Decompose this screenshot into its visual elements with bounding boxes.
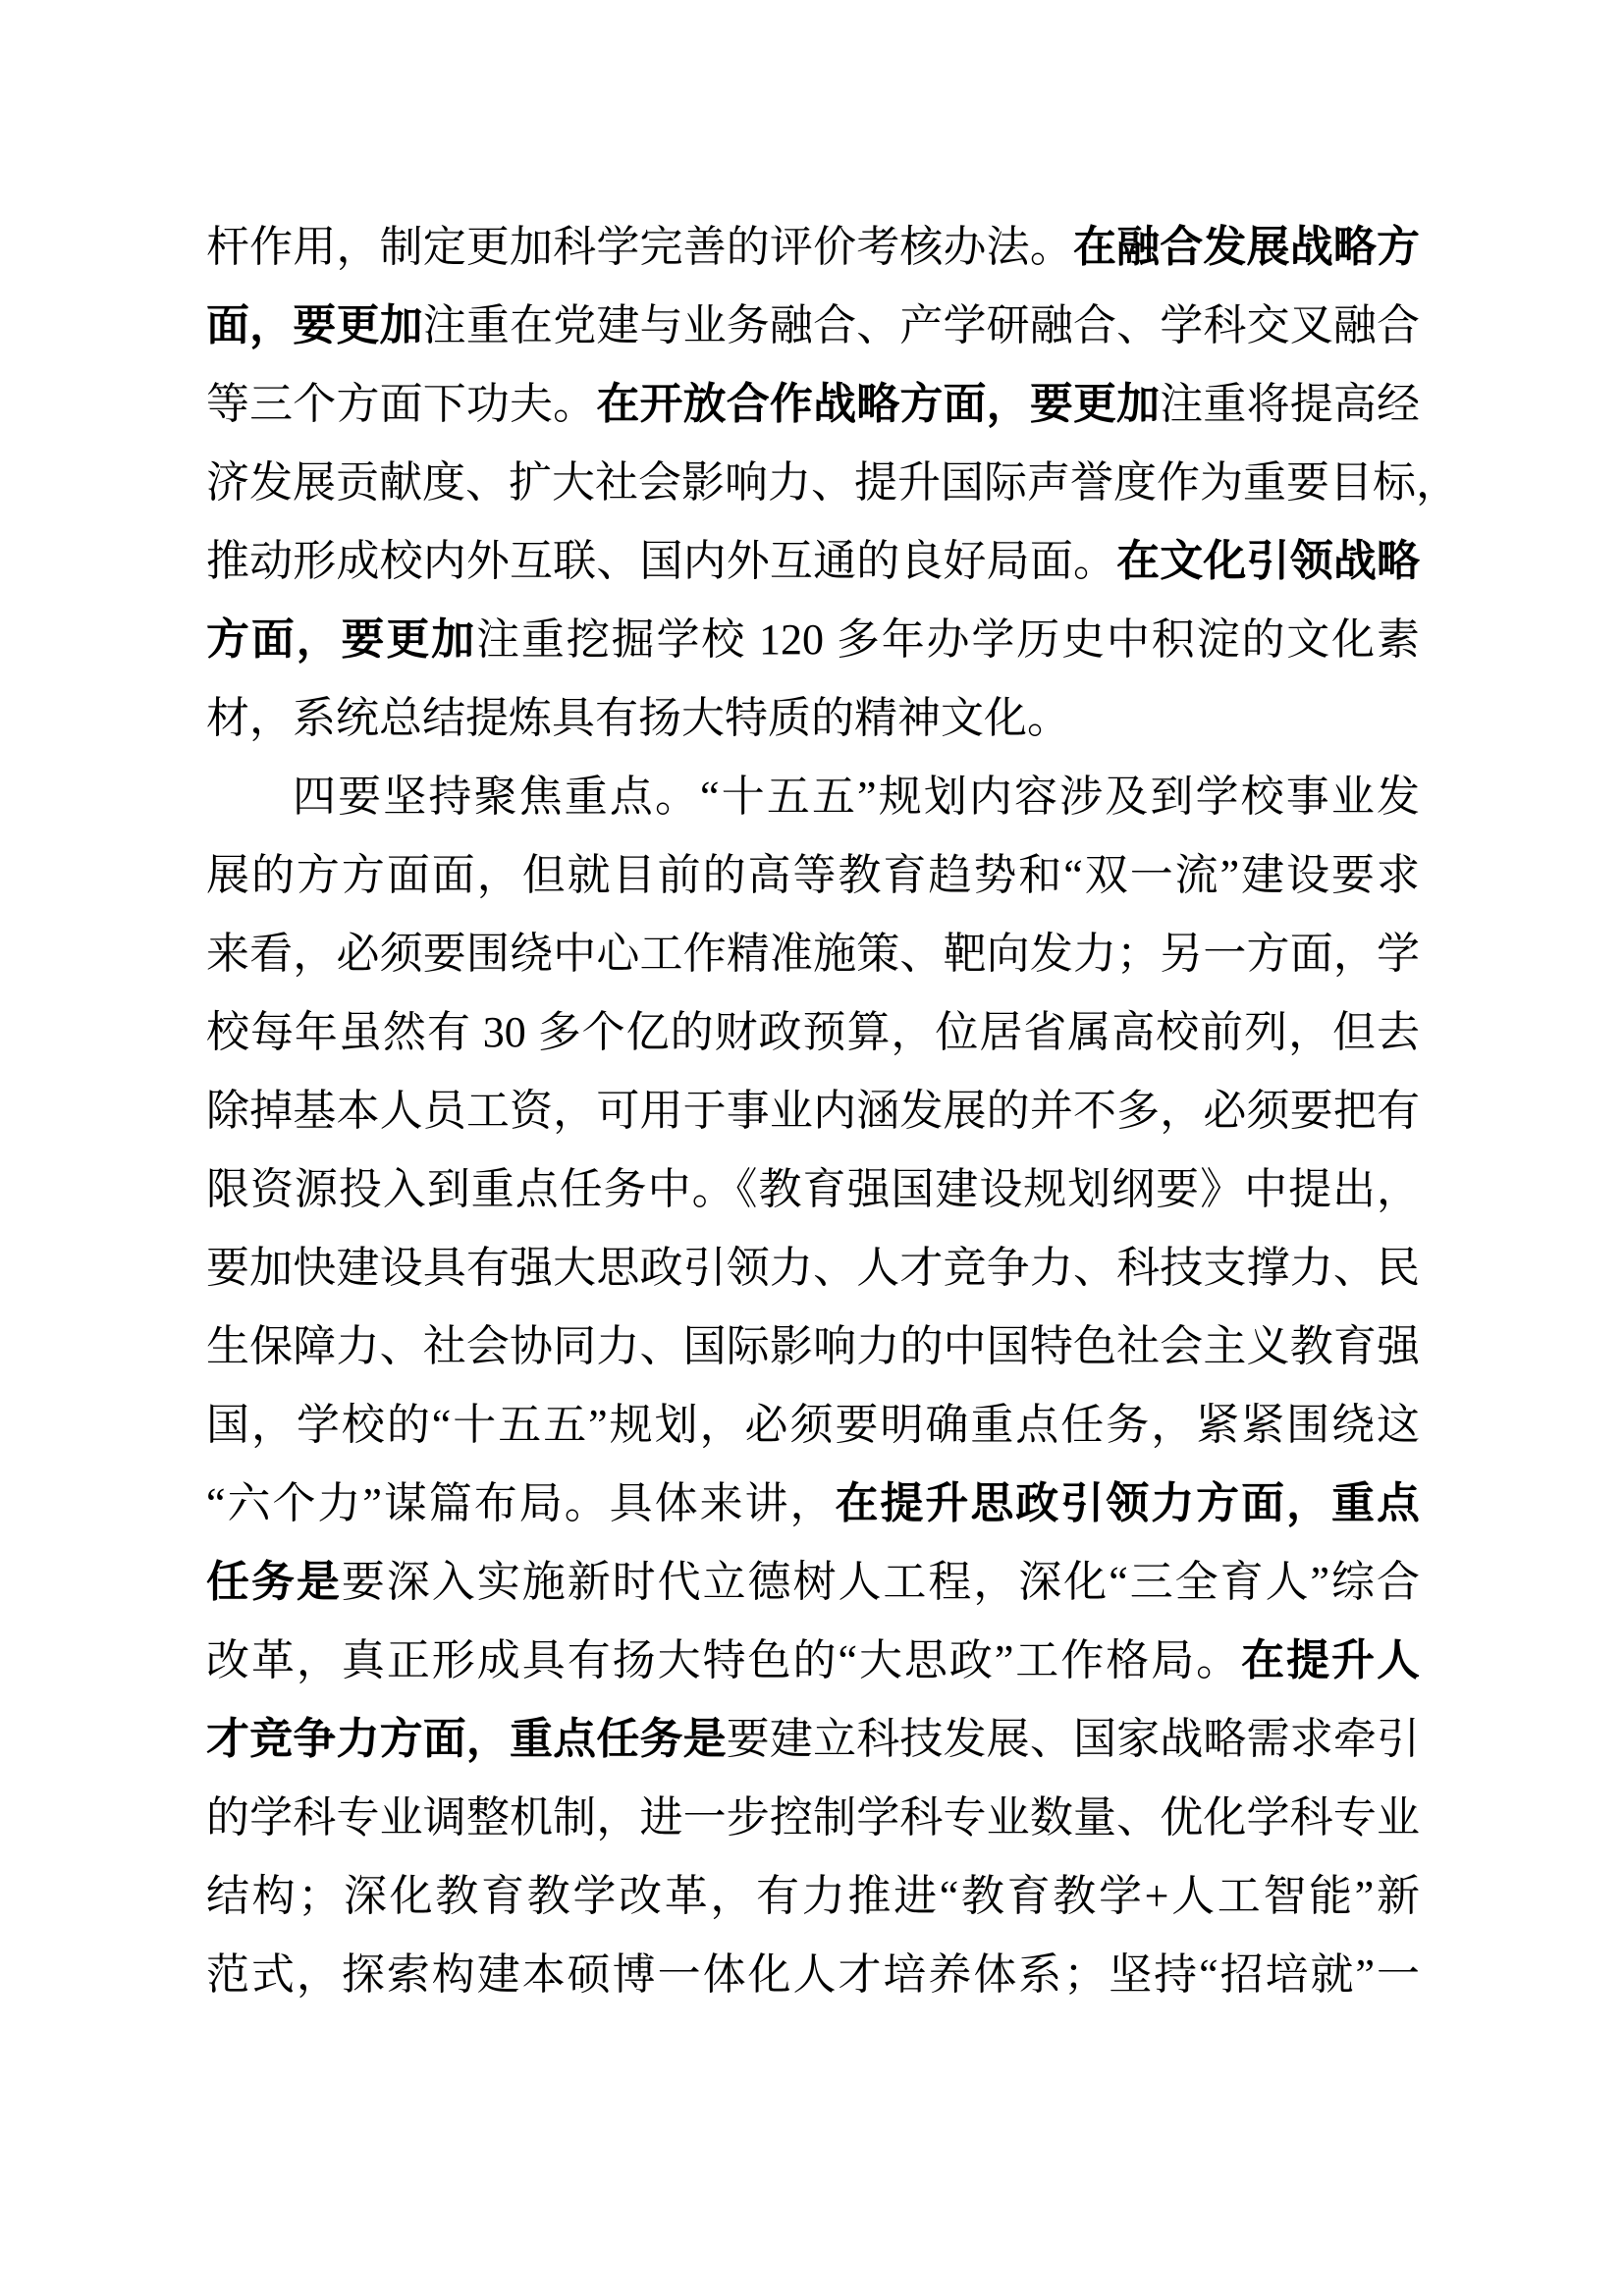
text-segment: 济发展贡献度、扩大社会影响力、提升国际声誉度作为重要目标， [206,458,1459,507]
text-segment: 改革，真正形成具有扬大特色的“大思政”工作格局。 [206,1636,1241,1684]
text-line: 要加快建设具有强大思政引领力、人才竞争力、科技支撑力、民 [206,1229,1420,1308]
bold-text-segment: 在文化引领战略 [1116,537,1420,585]
text-line: 推动形成校内外互联、国内外互通的良好局面。在文化引领战略 [206,522,1420,601]
bold-text-segment: 方面，要更加 [206,615,476,664]
text-line: 四要坚持聚焦重点。“十五五”规划内容涉及到学校事业发 [206,758,1420,836]
text-line: 限资源投入到重点任务中。《教育强国建设规划纲要》中提出， [206,1150,1420,1229]
text-line: 来看，必须要围绕中心工作精准施策、靶向发力；另一方面，学 [206,915,1420,993]
bold-text-segment: 在融合发展战略方 [1073,223,1420,271]
text-line: 校每年虽然有 30 多个亿的财政预算，位居省属高校前列，但去 [206,993,1420,1072]
text-line: 面，要更加注重在党建与业务融合、产学研融合、学科交叉融合 [206,287,1420,365]
bold-text-segment: 在提升思政引领力方面，重点 [835,1479,1420,1527]
text-line: 展的方方面面，但就目前的高等教育趋势和“双一流”建设要求 [206,836,1420,915]
text-segment: 结构；深化教育教学改革，有力推进“教育教学+人工智能”新 [206,1872,1420,1920]
text-segment: 要加快建设具有强大思政引领力、人才竞争力、科技支撑力、民 [206,1244,1420,1292]
document-page: 杆作用，制定更加科学完善的评价考核办法。在融合发展战略方面，要更加注重在党建与业… [0,0,1624,2296]
text-line: 任务是要深入实施新时代立德树人工程，深化“三全育人”综合 [206,1543,1420,1622]
text-segment: 展的方方面面，但就目前的高等教育趋势和“双一流”建设要求 [206,851,1420,899]
text-segment: “六个力”谋篇布局。具体来讲， [206,1479,835,1527]
bold-text-segment: 面，要更加 [206,301,423,349]
text-segment: 限资源投入到重点任务中。《教育强国建设规划纲要》中提出， [206,1165,1420,1213]
text-segment: 要建立科技发展、国家战略需求牵引 [727,1715,1420,1763]
bold-text-segment: 在提升人 [1241,1636,1420,1684]
text-line: 国，学校的“十五五”规划，必须要明确重点任务，紧紧围绕这 [206,1386,1420,1465]
text-line: “六个力”谋篇布局。具体来讲，在提升思政引领力方面，重点 [206,1465,1420,1543]
text-segment: 材，系统总结提炼具有扬大特质的精神文化。 [206,694,1070,742]
text-segment: 范式，探索构建本硕博一体化人才培养体系；坚持“招培就”一 [206,1950,1420,1999]
text-line: 杆作用，制定更加科学完善的评价考核办法。在融合发展战略方 [206,208,1420,287]
text-segment: 等三个方面下功夫。 [206,380,596,428]
bold-text-segment: 在开放合作战略方面，要更加 [596,380,1160,428]
text-segment: 来看，必须要围绕中心工作精准施策、靶向发力；另一方面，学 [206,930,1420,978]
text-line: 方面，要更加注重挖掘学校 120 多年办学历史中积淀的文化素 [206,601,1420,679]
text-line: 结构；深化教育教学改革，有力推进“教育教学+人工智能”新 [206,1857,1420,1936]
text-segment: 注重在党建与业务融合、产学研融合、学科交叉融合 [423,301,1420,349]
text-segment: 除掉基本人员工资，可用于事业内涵发展的并不多，必须要把有 [206,1087,1420,1135]
text-segment: 生保障力、社会协同力、国际影响力的中国特色社会主义教育强 [206,1322,1420,1370]
text-line: 济发展贡献度、扩大社会影响力、提升国际声誉度作为重要目标， [206,444,1420,522]
text-line: 改革，真正形成具有扬大特色的“大思政”工作格局。在提升人 [206,1622,1420,1700]
text-segment: 杆作用，制定更加科学完善的评价考核办法。 [206,223,1073,271]
text-line: 范式，探索构建本硕博一体化人才培养体系；坚持“招培就”一 [206,1936,1420,2014]
bold-text-segment: 任务是 [206,1558,342,1606]
text-segment: 国，学校的“十五五”规划，必须要明确重点任务，紧紧围绕这 [206,1401,1420,1449]
bold-text-segment: 才竞争力方面，重点任务是 [206,1715,727,1763]
text-segment: 四要坚持聚焦重点。“十五五”规划内容涉及到学校事业发 [293,773,1420,821]
text-segment: 校每年虽然有 30 多个亿的财政预算，位居省属高校前列，但去 [206,1008,1420,1056]
text-segment: 的学科专业调整机制，进一步控制学科专业数量、优化学科专业 [206,1793,1420,1842]
text-segment: 注重挖掘学校 120 多年办学历史中积淀的文化素 [476,615,1420,664]
text-line: 等三个方面下功夫。在开放合作战略方面，要更加注重将提高经 [206,365,1420,444]
text-segment: 注重将提高经 [1160,380,1420,428]
text-line: 的学科专业调整机制，进一步控制学科专业数量、优化学科专业 [206,1779,1420,1857]
text-line: 才竞争力方面，重点任务是要建立科技发展、国家战略需求牵引 [206,1700,1420,1779]
text-segment: 推动形成校内外互联、国内外互通的良好局面。 [206,537,1116,585]
text-segment: 要深入实施新时代立德树人工程，深化“三全育人”综合 [342,1558,1420,1606]
text-line: 除掉基本人员工资，可用于事业内涵发展的并不多，必须要把有 [206,1072,1420,1150]
text-line: 生保障力、社会协同力、国际影响力的中国特色社会主义教育强 [206,1308,1420,1386]
page-text-area: 杆作用，制定更加科学完善的评价考核办法。在融合发展战略方面，要更加注重在党建与业… [206,208,1420,2014]
text-line: 材，系统总结提炼具有扬大特质的精神文化。 [206,679,1420,758]
